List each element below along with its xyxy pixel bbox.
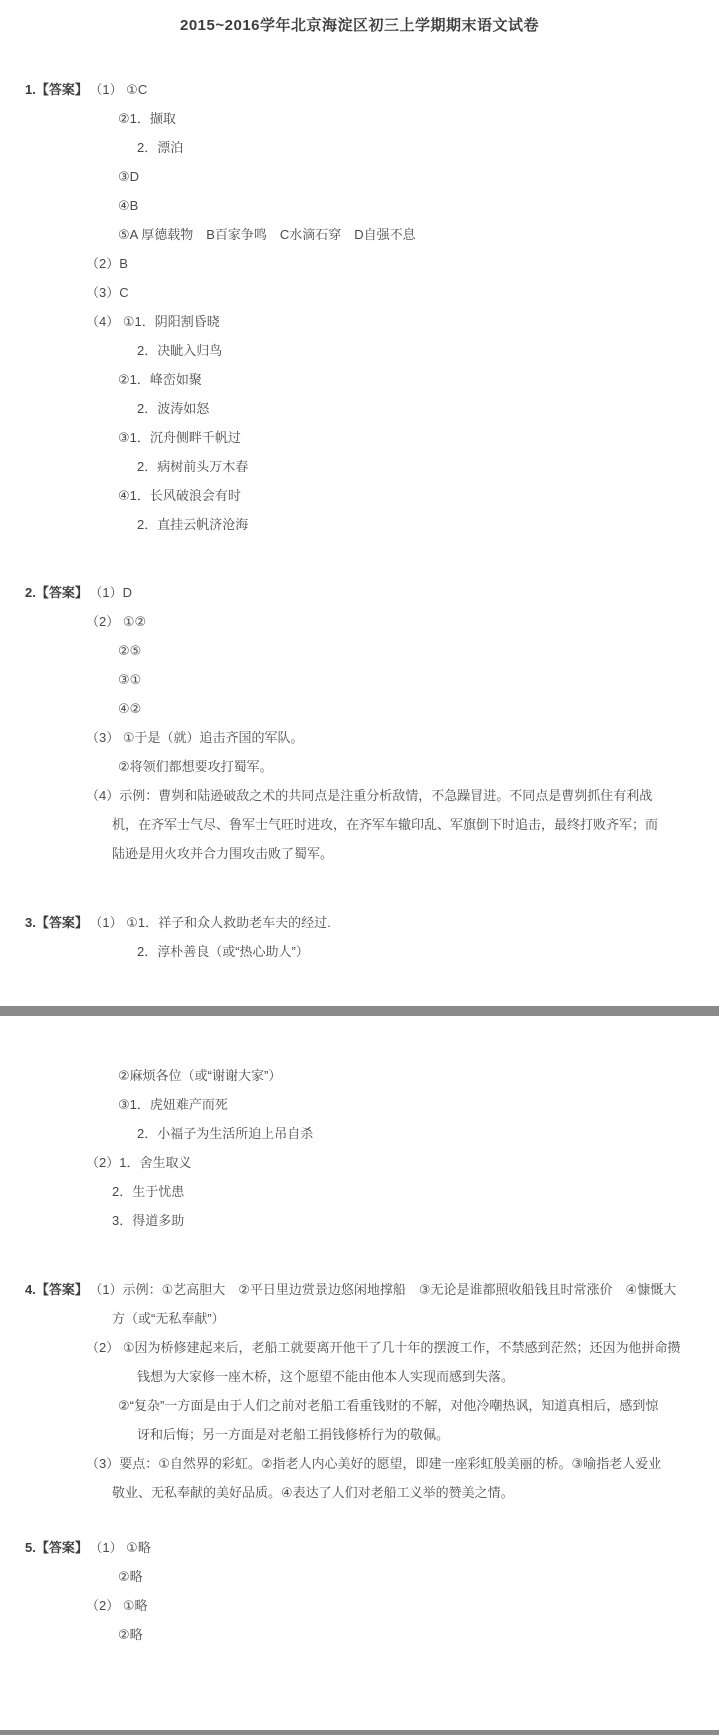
line-text: ⑤A 厚德载物 B百家争鸣 C水滴石穿 D自强不息 xyxy=(118,227,416,242)
question-block-1: 1.【答案】（1） ①C②1．撷取2．漂泊③D④B⑤A 厚德载物 B百家争鸣 C… xyxy=(0,81,719,545)
line-text: （2） ①因为桥修建起来后，老船工就要离开他干了几十年的摆渡工作，不禁感到茫然；… xyxy=(86,1340,681,1355)
line-text: ②⑤ xyxy=(118,643,141,658)
question-head: 1.【答案】 xyxy=(25,82,88,97)
line-text: ④1．长风破浪会有时 xyxy=(118,488,241,503)
line-text: ②“复杂”一方面是由于人们之前对老船工看重钱财的不解，对他冷嘲热讽，知道真相后，… xyxy=(118,1398,658,1413)
line-text: 方（或“无私奉献”） xyxy=(112,1311,225,1326)
answer-line: ②⑤ xyxy=(0,642,719,671)
line-text: （1） ①C xyxy=(96,82,147,97)
answers-list: 1.【答案】（1） ①C②1．撷取2．漂泊③D④B⑤A 厚德载物 B百家争鸣 C… xyxy=(0,81,719,1655)
answer-line: （2） ①略 xyxy=(0,1597,719,1626)
answer-line: 2．波涛如怒 xyxy=(0,400,719,429)
answer-line: （2）1．舍生取义 xyxy=(0,1154,719,1183)
line-text: 2．决眦入归鸟 xyxy=(137,343,222,358)
question-head: 2.【答案】 xyxy=(25,585,88,600)
line-text: ②略 xyxy=(118,1627,143,1642)
answer-line: 机，在齐军士气尽、鲁军士气旺时进攻，在齐军车辙印乱、军旗倒下时追击，最终打败齐军… xyxy=(0,816,719,845)
page-break-divider xyxy=(0,1006,719,1016)
line-text: ②麻烦各位（或“谢谢大家”） xyxy=(118,1068,281,1083)
answer-line: （2）B xyxy=(0,255,719,284)
answer-line: （4）示例：曹刿和陆逊破敌之术的共同点是注重分析敌情，不急躁冒进。不同点是曹刿抓… xyxy=(0,787,719,816)
line-text: （1）D xyxy=(96,585,132,600)
line-text: ②将领们都想要攻打蜀军。 xyxy=(118,759,273,774)
answer-line: ②麻烦各位（或“谢谢大家”） xyxy=(0,1067,719,1096)
answer-line: ⑤A 厚德载物 B百家争鸣 C水滴石穿 D自强不息 xyxy=(0,226,719,255)
line-text: 2．生于忧患 xyxy=(112,1184,184,1199)
answer-line: 3.【答案】（1） ①1．祥子和众人救助老车夫的经过. xyxy=(0,914,719,943)
answer-line: 2．淳朴善良（或“热心助人”） xyxy=(0,943,719,972)
answer-line: （3）要点：①自然界的彩虹。②指老人内心美好的愿望，即建一座彩虹般美丽的桥。③喻… xyxy=(0,1455,719,1484)
line-text: ②1．撷取 xyxy=(118,111,176,126)
answer-line: 2．病树前头万木春 xyxy=(0,458,719,487)
line-text: （3） ①于是（就）追击齐国的军队。 xyxy=(86,730,304,745)
line-text: 讶和后悔；另一方面是对老船工捐钱修桥行为的敬佩。 xyxy=(137,1427,449,1442)
line-text: 2．波涛如怒 xyxy=(137,401,209,416)
line-text: （4） ①1．阴阳割昏晓 xyxy=(86,314,220,329)
answer-line: 2.【答案】（1）D xyxy=(0,584,719,613)
bottom-page-divider xyxy=(0,1730,719,1735)
answer-line: （4） ①1．阴阳割昏晓 xyxy=(0,313,719,342)
line-text: ③① xyxy=(118,672,141,687)
line-text: （1） ①1．祥子和众人救助老车夫的经过. xyxy=(96,915,331,930)
question-block-3: 3.【答案】（1） ①1．祥子和众人救助老车夫的经过.2．淳朴善良（或“热心助人… xyxy=(0,914,719,1241)
question-block-5: 5.【答案】（1） ①略②略（2） ①略②略 xyxy=(0,1539,719,1655)
line-text: （3）C xyxy=(86,285,129,300)
answer-line: 钱想为大家修一座木桥，这个愿望不能由他本人实现而感到失落。 xyxy=(0,1368,719,1397)
answer-line: ②略 xyxy=(0,1626,719,1655)
question-block-2: 2.【答案】（1）D（2） ①②②⑤③①④②（3） ①于是（就）追击齐国的军队。… xyxy=(0,584,719,874)
answer-line: ②1．撷取 xyxy=(0,110,719,139)
answer-line: 讶和后悔；另一方面是对老船工捐钱修桥行为的敬佩。 xyxy=(0,1426,719,1455)
answer-line: ④1．长风破浪会有时 xyxy=(0,487,719,516)
line-text: 敬业、无私奉献的美好品质。④表达了人们对老船工义举的赞美之情。 xyxy=(112,1485,514,1500)
line-text: 2．漂泊 xyxy=(137,140,183,155)
answer-line: ④B xyxy=(0,197,719,226)
line-text: ③D xyxy=(118,169,139,184)
answer-line: （3）C xyxy=(0,284,719,313)
line-text: ④B xyxy=(118,198,138,213)
line-text: 2．淳朴善良（或“热心助人”） xyxy=(137,944,309,959)
line-text: （4）示例：曹刿和陆逊破敌之术的共同点是注重分析敌情，不急躁冒进。不同点是曹刿抓… xyxy=(86,788,652,803)
document-page: 2015~2016学年北京海淀区初三上学期期末语文试卷 1.【答案】（1） ①C… xyxy=(0,0,719,1735)
answer-line: ③1．沉舟侧畔千帆过 xyxy=(0,429,719,458)
answer-line: ②略 xyxy=(0,1568,719,1597)
line-text: ②略 xyxy=(118,1569,143,1584)
answer-line: （3） ①于是（就）追击齐国的军队。 xyxy=(0,729,719,758)
answer-line: 2．小福子为生活所迫上吊自杀 xyxy=(0,1125,719,1154)
line-text: （1） ①略 xyxy=(96,1540,151,1555)
answer-line: 方（或“无私奉献”） xyxy=(0,1310,719,1339)
answer-line: 陆逊是用火攻并合力围攻击败了蜀军。 xyxy=(0,845,719,874)
answer-line: ④② xyxy=(0,700,719,729)
answer-line: 4.【答案】（1）示例：①艺高胆大 ②平日里边赏景边悠闲地撑船 ③无论是谁都照收… xyxy=(0,1281,719,1310)
answer-line: 敬业、无私奉献的美好品质。④表达了人们对老船工义举的赞美之情。 xyxy=(0,1484,719,1513)
question-block-4: 4.【答案】（1）示例：①艺高胆大 ②平日里边赏景边悠闲地撑船 ③无论是谁都照收… xyxy=(0,1281,719,1513)
question-head: 3.【答案】 xyxy=(25,915,88,930)
line-text: （3）要点：①自然界的彩虹。②指老人内心美好的愿望，即建一座彩虹般美丽的桥。③喻… xyxy=(86,1456,661,1471)
answer-line: 1.【答案】（1） ①C xyxy=(0,81,719,110)
answer-line: ②“复杂”一方面是由于人们之前对老船工看重钱财的不解，对他冷嘲热讽，知道真相后，… xyxy=(0,1397,719,1426)
answer-line: 2．漂泊 xyxy=(0,139,719,168)
answer-line: ②1．峰峦如聚 xyxy=(0,371,719,400)
question-head: 5.【答案】 xyxy=(25,1540,88,1555)
line-text: 2．直挂云帆济沧海 xyxy=(137,517,248,532)
line-text: ④② xyxy=(118,701,141,716)
line-text: 陆逊是用火攻并合力围攻击败了蜀军。 xyxy=(112,846,333,861)
answer-line: ③1．虎妞难产而死 xyxy=(0,1096,719,1125)
answer-line: （2） ①因为桥修建起来后，老船工就要离开他干了几十年的摆渡工作，不禁感到茫然；… xyxy=(0,1339,719,1368)
line-text: 2．病树前头万木春 xyxy=(137,459,248,474)
line-text: （2） ①② xyxy=(86,614,146,629)
line-text: （2） ①略 xyxy=(86,1598,148,1613)
line-text: ③1．沉舟侧畔千帆过 xyxy=(118,430,241,445)
page-title: 2015~2016学年北京海淀区初三上学期期末语文试卷 xyxy=(0,0,719,35)
line-text: 钱想为大家修一座木桥，这个愿望不能由他本人实现而感到失落。 xyxy=(137,1369,514,1384)
line-text: 机，在齐军士气尽、鲁军士气旺时进攻，在齐军车辙印乱、军旗倒下时追击，最终打败齐军… xyxy=(112,817,658,832)
line-text: （2）B xyxy=(86,256,128,271)
question-head: 4.【答案】 xyxy=(25,1282,88,1297)
answer-line: （2） ①② xyxy=(0,613,719,642)
answer-line: 2．生于忧患 xyxy=(0,1183,719,1212)
line-text: （2）1．舍生取义 xyxy=(86,1155,191,1170)
line-text: 2．小福子为生活所迫上吊自杀 xyxy=(137,1126,313,1141)
answer-line: ②将领们都想要攻打蜀军。 xyxy=(0,758,719,787)
answer-line: ③① xyxy=(0,671,719,700)
line-text: 3．得道多助 xyxy=(112,1213,184,1228)
line-text: ③1．虎妞难产而死 xyxy=(118,1097,228,1112)
answer-line: 5.【答案】（1） ①略 xyxy=(0,1539,719,1568)
line-text: （1）示例：①艺高胆大 ②平日里边赏景边悠闲地撑船 ③无论是谁都照收船钱且时常涨… xyxy=(96,1282,676,1297)
line-text: ②1．峰峦如聚 xyxy=(118,372,202,387)
answer-line: 2．直挂云帆济沧海 xyxy=(0,516,719,545)
answer-line: ③D xyxy=(0,168,719,197)
answer-line: 3．得道多助 xyxy=(0,1212,719,1241)
answer-line: 2．决眦入归鸟 xyxy=(0,342,719,371)
